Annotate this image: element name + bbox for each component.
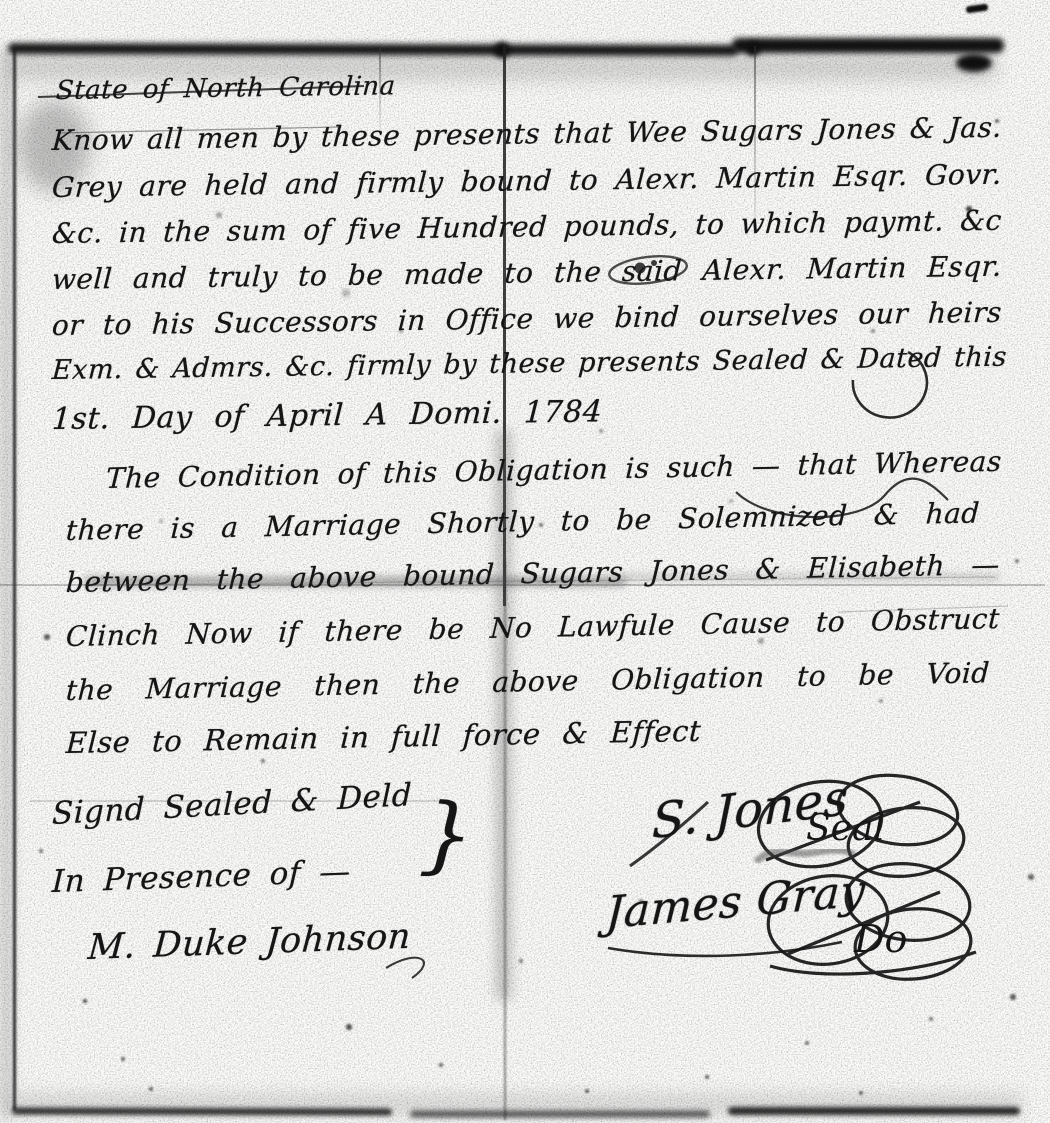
top-edge [8,43,738,56]
bond-line: Know all men by these presents that Wee … [51,111,1003,157]
attestation-line: In Presence of — [51,854,351,900]
seal-label: Do [853,917,907,961]
bottom-edge [728,1107,1020,1115]
condition-line: there is a Marriage Shortly to be Solemn… [65,496,981,547]
signer-signature-gray: James Gray [605,865,867,939]
bond-line: Exm. & Admrs. &c. firmly by these presen… [51,342,1008,386]
attestation-line: Signd Sealed & Deld [52,777,413,832]
bond-line: well and truly to be made to the said Al… [51,250,1003,296]
signer-signature-jones: S. Jones [652,770,849,851]
bottom-edge-stain [10,1094,1022,1114]
condition-line: Clinch Now if there be No Lawfule Cause … [65,602,1001,653]
bond-line: Grey are held and firmly bound to Alexr.… [51,158,1003,204]
bond-date-line: 1st. Day of April A Domi. 1784 [51,394,603,437]
document-heading: State of North Carolina [55,71,396,106]
top-edge-right [732,38,1004,53]
corner-mark [966,4,989,14]
condition-line: between the above bound Sugars Jones & E… [65,548,1001,599]
condition-line: Else to Remain in full force & Effect [65,714,702,760]
top-right-blot [956,54,992,72]
bottom-edge [12,1108,392,1116]
left-edge [13,48,16,1110]
condition-line: The Condition of this Obligation is such… [105,445,1003,495]
bond-line: or to his Successors in Office we bind o… [51,296,1003,342]
bond-line: &c. in the sum of five Hundred pounds, t… [51,204,1003,250]
condition-line: the Marriage then the above Obligation t… [65,656,991,707]
top-edge-knot [494,42,510,58]
paper: State of North Carolina Know all men by … [0,0,1050,1123]
bottom-edge [410,1111,710,1117]
scanned-document-page: State of North Carolina Know all men by … [0,0,1050,1123]
attestation-brace: } [417,784,476,885]
top-edge-knot [746,42,760,56]
left-edge-stain [0,48,13,1118]
witness-signature: M. Duke Johnson [87,917,413,968]
dirt-specks [0,0,2,2]
